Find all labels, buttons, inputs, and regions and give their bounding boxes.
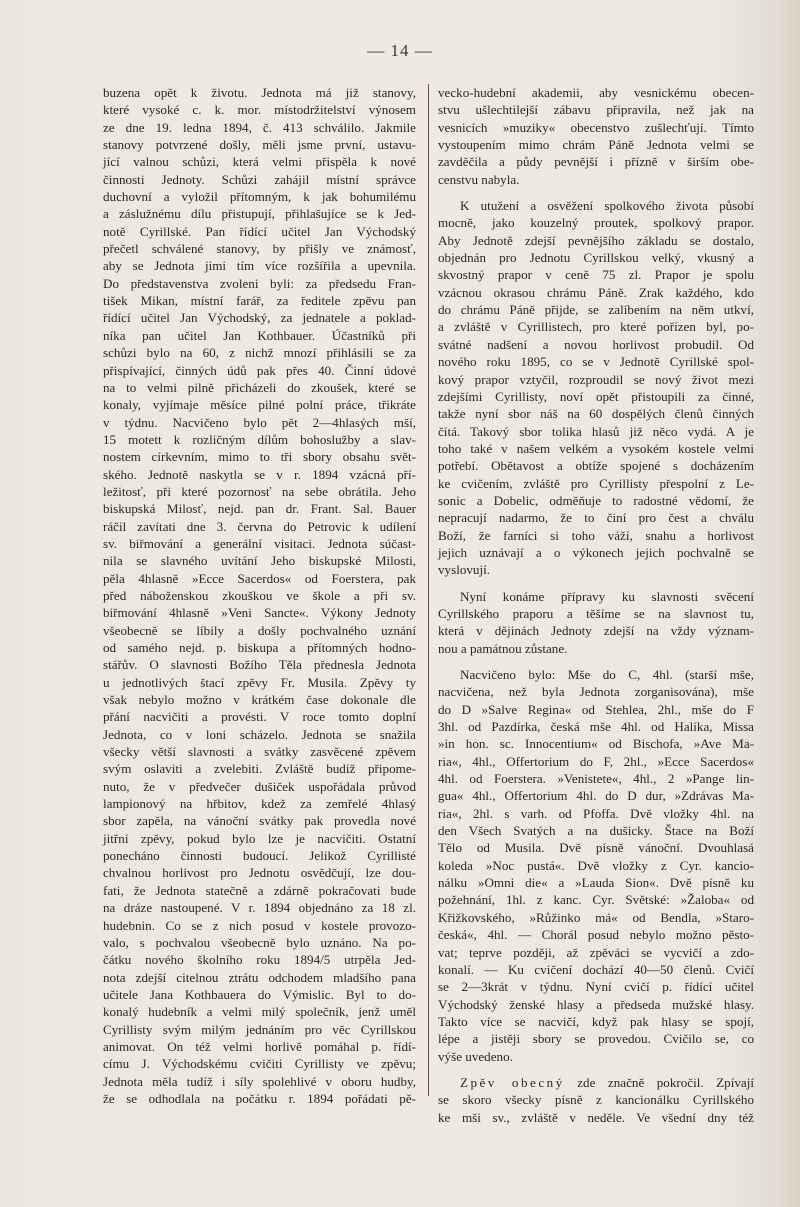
text-line: v týdnu. Nacvičeno bylo pět 2—4hlasých m…: [103, 414, 416, 431]
text-line: skvostný prapor v ceně 75 zl. Prapor je …: [438, 266, 754, 283]
text-line: přispívající, činných údů pak přes 40. Č…: [103, 362, 416, 379]
text-line: biřmování 4hlasně »Veni Sancte«. Výkony …: [103, 604, 416, 621]
text-line: požehnání, 1hl. z kanc. Cyr. Světské: »Ž…: [438, 891, 754, 908]
text-line: stvu ušlechtilejší zábavu připravila, ne…: [438, 101, 754, 118]
text-line: lampionový na hřbitov, kdež za zemřelé 4…: [103, 795, 416, 812]
text-line: které vysoké c. k. mor. místodržitelství…: [103, 101, 416, 118]
paragraph-preparations: Nyní konáme přípravy ku slavnosti svěcen…: [438, 588, 754, 657]
text-line: Křižkovského, »Růžinko má« od Bendla, »S…: [438, 909, 754, 926]
text-line: 15 motett k rozličným dílům bohoslužby a…: [103, 431, 416, 448]
text-line: však nebylo možno v krátkém čase dokonal…: [103, 691, 416, 708]
text-line: čátku nového školního roku 1894/5 utrpěl…: [103, 951, 416, 968]
text-line: před náboženskou zkouškou ve škole a při…: [103, 587, 416, 604]
paragraph-congregational-singing: Zpěv obecný zde značně pokročil. Zpívají…: [438, 1074, 754, 1126]
text-line: nuto, že v předvečer dušiček uspořádala …: [103, 778, 416, 795]
text-line: Zpěv obecný zde značně pokročil. Zpívají: [438, 1074, 754, 1091]
text-line: Jednota, co v loni scházelo. Jednota se …: [103, 726, 416, 743]
text-line: svým oslaviti a zvelebiti. Zvláště budiž…: [103, 760, 416, 777]
right-column: vecko-hudební akademii, aby vesnickému o…: [438, 84, 754, 1126]
text-line: do chrámu Páně přijde, se zalíbením na n…: [438, 301, 754, 318]
text-line: ze dne 19. ledna 1894, č. 413 schválilo.…: [103, 119, 416, 136]
paragraph-gap: [438, 579, 754, 588]
text-line: takže nyní sbor náš na 60 dospělých člen…: [438, 405, 754, 422]
column-divider: [428, 84, 429, 1096]
text-line: buzena opět k životu. Jednota má již sta…: [103, 84, 416, 101]
text-line: nou a památnou zůstane.: [438, 640, 754, 657]
text-line: do D »Salve Regina« od Stehlea, 2hl., mš…: [438, 701, 754, 718]
paragraph-gap: [438, 1065, 754, 1074]
text-line: 4hl. od Foerstera. »Venistete«, 4hl., 2 …: [438, 770, 754, 787]
text-line: den Všech Svatých a na dušicky. Štace na…: [438, 822, 754, 839]
text-line: nového roku 1895, co se v Jednotě Cyrill…: [438, 353, 754, 370]
text-line: biskupská Milosť, nejd. pan dr. Frant. S…: [103, 500, 416, 517]
text-line: hudebnin. Co se z nich posud v kostele p…: [103, 917, 416, 934]
page-number: — 14 —: [0, 41, 800, 61]
text-line: chvalnou horlivost pro Jednotu osvědčují…: [103, 864, 416, 881]
text-line: na to velmi pilně přicházeli do zkoušek,…: [103, 379, 416, 396]
text-line: Východský ženské hlasy a předseda mužské…: [438, 996, 754, 1013]
text-line: stářův. O slavnosti Božího Těla přednesl…: [103, 656, 416, 673]
text-line: tišek Mikan, místní farář, za ředitele z…: [103, 292, 416, 309]
text-line: potřebí. Obětavost a obtíže spojené s do…: [438, 457, 754, 474]
paragraph-repertoire: Nacvičeno bylo: Mše do C, 4hl. (starší m…: [438, 666, 754, 1065]
text-line: činnosti Jednoty. Schůzi zahájil místní …: [103, 171, 416, 188]
text-line: ráčil zavítati dne 3. června do Petrovic…: [103, 518, 416, 535]
text-line: řídící učitel Jan Východský, za jednatel…: [103, 309, 416, 326]
text-line: přání nacvičiti a provésti. V roce tomto…: [103, 708, 416, 725]
text-line: na dráze nastoupené. V r. 1894 objednáno…: [103, 899, 416, 916]
text-line: fati, že Jednota statečně a zdárně pokra…: [103, 882, 416, 899]
paragraph-gap: [438, 657, 754, 666]
text-line: sbor zapěla, na vánoční svátky pak prove…: [103, 812, 416, 829]
text-line: ria«, 4hl., Offertorium do F, 2hl., »Ecc…: [438, 753, 754, 770]
text-line: objednán pro Jednotu Cyrillskou velký, v…: [438, 249, 754, 266]
text-line: duchovní a vyložil přítomným, k jak bohu…: [103, 188, 416, 205]
text-line: a zvláště v Cyrillistech, pro které poří…: [438, 318, 754, 335]
text-line: konalí. — Ku cvičení dochází 40—50 členů…: [438, 961, 754, 978]
text-line: svátné nadšení a novou horlivost probudi…: [438, 336, 754, 353]
text-line: Cyrillského praporu a těšíme se na slavn…: [438, 605, 754, 622]
document-page: — 14 — buzena opět k životu. Jednota má …: [0, 0, 800, 1207]
text-line: mocně, jako kouzelný proutek, spolkový p…: [438, 214, 754, 231]
text-line: toho také v našem velkém a vysokém koste…: [438, 440, 754, 457]
text-line: která v dějinách Jednoty zdejší na vždy …: [438, 622, 754, 639]
text-line: a záslužnému dílu přistupují, přihlašují…: [103, 205, 416, 222]
text-line: ke mši sv., zvláště v neděle. Ve všední …: [438, 1109, 754, 1126]
text-line: vesnicích »muziky« obecenstvo zušlechťuj…: [438, 119, 754, 136]
text-line: Aby Jednotě zdejší pevnějšího základu se…: [438, 232, 754, 249]
text-line: sonic a Dobelic, odměňuje to radostné vě…: [438, 492, 754, 509]
text-line: stanovy potvrzené došly, měli jsme první…: [103, 136, 416, 153]
text-line: konalý hudebník a velmi milý společník, …: [103, 1003, 416, 1020]
text-line: nepracují nadarmo, že to činí pro čest a…: [438, 509, 754, 526]
text-line: gua« 4hl., Offertorium 4hl. do D dur, »Z…: [438, 787, 754, 804]
text-line: pěla 4hlasně »Ecce Sacerdos« od Foerster…: [103, 570, 416, 587]
text-line: aby se Jednota jimi tím více rozšířila a…: [103, 257, 416, 274]
text-line: zdejšími Cyrillisty, noví opět přistoupi…: [438, 388, 754, 405]
text-line: lépe a jistěji sbory se provedou. Cvičil…: [438, 1030, 754, 1047]
spaced-heading: Zpěv obecný: [460, 1075, 565, 1090]
text-line: Tělo od Musila. Dvě písně vánoční. Dvouh…: [438, 839, 754, 856]
text-line: Boží, že farníci si toho váží, snahu a h…: [438, 527, 754, 544]
text-line: Nacvičeno bylo: Mše do C, 4hl. (starší m…: [438, 666, 754, 683]
text-line: ležitosť, při které pozornosť na sebe ob…: [103, 483, 416, 500]
text-line: čítá. Takový sbor tolika hlasů již něco …: [438, 423, 754, 440]
text-line: vyslovují.: [438, 561, 754, 578]
text-line: zavděčila a půdy pevnější i přízně v šir…: [438, 153, 754, 170]
text-line: vat; teprve později, až zpěváci se vycvi…: [438, 944, 754, 961]
text-line: že se odhodlala na počátku r. 1894 pořád…: [103, 1090, 416, 1107]
text-line: všecky větší slavnosti a svátky zasvěcen…: [103, 743, 416, 760]
text-line: sv. biřmování a generální visitaci. Jedn…: [103, 535, 416, 552]
text-line: notě Cyrillské. Pan řídící učitel Jan Vý…: [103, 223, 416, 240]
text-line: se 2—3krát v týdnu. Nyní cvičí p. řídící…: [438, 978, 754, 995]
text-line: koleda »Noc pustá«. Dvě vložky z Cyr. ka…: [438, 857, 754, 874]
text-line: censtvu nabyla.: [438, 171, 754, 188]
paragraph-flag: K utužení a osvěžení spolkového života p…: [438, 197, 754, 579]
text-line: níka pan učitel Jan Kothbauer. Účastníků…: [103, 327, 416, 344]
text-line: u jednotlivých štací zpěvy Fr. Musila. Z…: [103, 674, 416, 691]
text-line: jící valnou schůzi, která velmi přispěla…: [103, 153, 416, 170]
text-line: animovat. On též velmi horlivě pomáhal p…: [103, 1038, 416, 1055]
text-line: česká«, 4hl. — Chorál posud nebylo možno…: [438, 926, 754, 943]
text-line: nostem církevním, mimo to tři sbory obsa…: [103, 448, 416, 465]
text-line: od samého nejd. p. biskupa a přítomných …: [103, 639, 416, 656]
text-line: přečetl schválené stanovy, by přišly ve …: [103, 240, 416, 257]
text-line: schůzi bylo na 60, z nichž mnozí přihlás…: [103, 344, 416, 361]
text-line: Do představenstva zvoleni byli: za předs…: [103, 275, 416, 292]
text-line: Nyní konáme přípravy ku slavnosti svěcen…: [438, 588, 754, 605]
text-line: konaly, vyjímaje měsíce pilné polní prác…: [103, 396, 416, 413]
text-line: nálku »Omni die« a »Lauda Sion«. Dvě pís…: [438, 874, 754, 891]
text-line: kový prapor vztyčil, rozproudil se nový …: [438, 371, 754, 388]
text-line: Takto více se nacvičí, když pak hlasy se…: [438, 1013, 754, 1030]
text-line: valo, s pochvalou všeobecně bylo uznáno.…: [103, 934, 416, 951]
text-line: výše uvedeno.: [438, 1048, 754, 1065]
text-line: 3hl. od Pazdírka, česká mše 4hl. od Halí…: [438, 718, 754, 735]
text-line: Cyrillisty svým milým jednáním pro věc C…: [103, 1021, 416, 1038]
text-line: vecko-hudební akademii, aby vesnickému o…: [438, 84, 754, 101]
paragraph-gap: [438, 188, 754, 197]
text-line: jitřní zpěvy, pokud bylo lze je nacvičit…: [103, 830, 416, 847]
paragraph-flag-academy: vecko-hudební akademii, aby vesnickému o…: [438, 84, 754, 188]
text-line: ke cvičením, zvláště pro Cyrillisty přes…: [438, 475, 754, 492]
text-line: nota zdejší citelnou ztrátu odchodem mla…: [103, 969, 416, 986]
text-line: vzácnou okrasou chrámu Páně. Zrak každéh…: [438, 284, 754, 301]
left-column: buzena opět k životu. Jednota má již sta…: [103, 84, 416, 1107]
text-line: se skoro všecky písně z kancionálku Cyri…: [438, 1091, 754, 1108]
text-fragment: zde značně pokročil. Zpívají: [565, 1075, 754, 1090]
text-line: »in hon. sc. Innocentium« od Bischofa, »…: [438, 735, 754, 752]
text-line: K utužení a osvěžení spolkového života p…: [438, 197, 754, 214]
text-line: ponecháno činnosti budoucí. Jelikož Cyri…: [103, 847, 416, 864]
text-line: ského. Jednotě naskytla se v r. 1894 vzá…: [103, 466, 416, 483]
text-line: címu J. Východskému cvičiti Cyrillisty v…: [103, 1055, 416, 1072]
text-line: jejich uznávají a o výkonech jejich poch…: [438, 544, 754, 561]
text-line: všeobecně se líbily a došly pochvalného …: [103, 622, 416, 639]
text-line: učitele Jana Kothbauera do Výmislic. Byl…: [103, 986, 416, 1003]
text-line: nacvičena, než byla Jednota zorganisován…: [438, 683, 754, 700]
text-line: ria«, 2hl. s varh. od Pfoffa. Dvě vložky…: [438, 805, 754, 822]
text-line: nila se slavného uvítání Jeho biskupské …: [103, 552, 416, 569]
text-line: Jednota měla tudíž i síly spolehlivé v o…: [103, 1073, 416, 1090]
text-line: vystoupením mimo chrám Páně Jednota velm…: [438, 136, 754, 153]
